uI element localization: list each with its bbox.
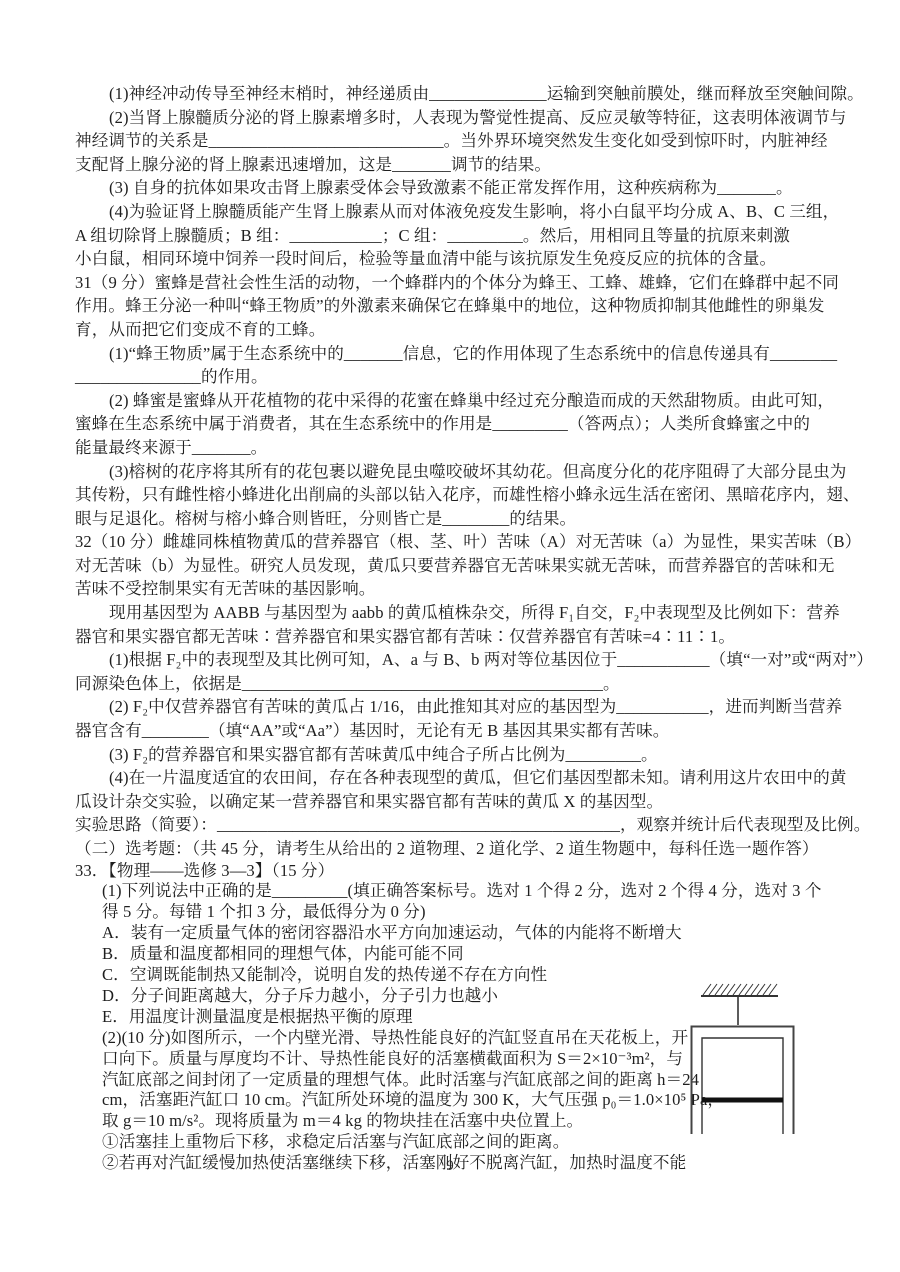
text-line: (1)“蜂王物质”属于生态系统中的_______信息，它的作用体现了生态系统中的… [75, 342, 847, 366]
text-line: (4)为验证肾上腺髓质能产生肾上腺素从而对体液免疫发生影响，将小白鼠平均分成 A… [75, 200, 847, 224]
text-line: (2) 蜂蜜是蜜蜂从开花植物的花中采得的花蜜在蜂巢中经过充分酿造而成的天然甜物质… [75, 389, 847, 413]
text-line: 器官含有________（填“AA”或“Aa”）基因时，无论有无 B 基因其果实… [75, 719, 847, 743]
section-two-header: （二）选考题：（共 45 分，请考生从给出的 2 道物理、2 道化学、2 道生物… [75, 837, 847, 861]
text-line: (1)根据 F₂中的表现型及其比例可知，A、a 与 B、b 两对等位基因位于__… [75, 648, 847, 672]
cylinder-outer-wall [692, 1027, 794, 1135]
text-line: 苦味不受控制果实有无苦味的基因影响。 [75, 577, 847, 601]
text-line: (1)神经冲动传导至神经末梢时，神经递质由______________运输到突触… [75, 82, 847, 106]
ceiling-hatch-icon [701, 984, 778, 996]
text-line: (3) F₂的营养器官和果实器官都有苦味黄瓜中纯合子所占比例为_________… [75, 743, 847, 767]
text-line: 能量最终来源于_______。 [75, 436, 847, 460]
text-line: 对无苦味（b）为显性。研究人员发现，黄瓜只要营养器官无苦味果实就无苦味，而营养器… [75, 554, 847, 578]
text-line: (3)榕树的花序将其所有的花包裹以避免昆虫噬咬破坏其幼花。但高度分化的花序阻碍了… [75, 460, 847, 484]
text-line: 得 5 分。每错 1 个扣 3 分，最低得分为 0 分) [102, 902, 847, 923]
text-line: 现用基因型为 AABB 与基因型为 aabb 的黄瓜植株杂交，所得 F₁自交，F… [75, 601, 847, 625]
text-line: (2) F₂中仅营养器官有苦味的黄瓜占 1/16，由此推知其对应的基因型为___… [75, 695, 847, 719]
text-line: 蜜蜂在生态系统中属于消费者，其在生态系统中的作用是_________（答两点）；… [75, 412, 847, 436]
text-line: 育，从而把它们变成不育的工蜂。 [75, 318, 847, 342]
text-line: 其传粉，只有雌性榕小蜂进化出削扁的头部以钻入花序，而雄性榕小蜂永远生活在密闭、黑… [75, 483, 847, 507]
text-line: 支配肾上腺分泌的肾上腺素迅速增加，这是_______调节的结果。 [75, 153, 847, 177]
text-line: 神经调节的关系是____________________________。当外界… [75, 129, 847, 153]
question-31-header: 31（9 分）蜜蜂是营社会性生活的动物，一个蜂群内的个体分为蜂王、工蜂、雄蜂，它… [75, 271, 847, 295]
question-32-header: 32（10 分）雌雄同株植物黄瓜的营养器官（根、茎、叶）苦味（A）对无苦味（a）… [75, 530, 847, 554]
page-number: 9 [0, 1158, 900, 1175]
biology-questions-block: (1)神经冲动传导至神经末梢时，神经递质由______________运输到突触… [75, 82, 847, 861]
option-b-line: B．质量和温度都相同的理想气体，内能可能不同 [102, 944, 847, 965]
text-line: 作用。蜂王分泌一种叫“蜂王物质”的外激素来确保它在蜂巢中的地位，这种物质抑制其他… [75, 294, 847, 318]
text-line: 同源染色体上，依据是______________________________… [75, 672, 847, 696]
text-line: 器官和果实器官都无苦味∶营养器官和果实器官都有苦味∶仅营养器官有苦味=4∶11∶… [75, 625, 847, 649]
cylinder-inner-wall [702, 1038, 783, 1134]
cylinder-piston-figure [688, 981, 802, 1137]
text-line: (1)下列说法中正确的是_________(填正确答案标号。选对 1 个得 2 … [102, 881, 847, 902]
text-line: _______________的作用。 [75, 365, 847, 389]
text-line: 瓜设计杂交实验，以确定某一营养器官和果实器官都有苦味的黄瓜 X 的基因型。 [75, 790, 847, 814]
text-line: A 组切除肾上腺髓质；B 组：___________；C 组：_________… [75, 224, 847, 248]
experiment-plan-line: 实验思路（简要）：_______________________________… [75, 813, 847, 837]
option-a-line: A．装有一定质量气体的密闭容器沿水平方向加速运动，气体的内能将不断增大 [102, 923, 847, 944]
text-line: 小白鼠，相同环境中饲养一段时间后，检验等量血清中能与该抗原发生免疫反应的抗体的含… [75, 247, 847, 271]
text-line: (2)当肾上腺髓质分泌的肾上腺素增多时，人表现为警觉性提高、反应灵敏等特征，这表… [75, 106, 847, 130]
text-line: 眼与足退化。榕树与榕小蜂合则皆旺，分则皆亡是________的结果。 [75, 507, 847, 531]
question-33-header: 33．【物理——选修 3—3】（15 分） [75, 861, 847, 882]
text-line: (4)在一片温度适宜的农田间，存在各种表现型的黄瓜，但它们基因型都未知。请利用这… [75, 766, 847, 790]
text-line: (3) 自身的抗体如果攻击肾上腺素受体会导致激素不能正常发挥作用，这种疾病称为_… [75, 176, 847, 200]
